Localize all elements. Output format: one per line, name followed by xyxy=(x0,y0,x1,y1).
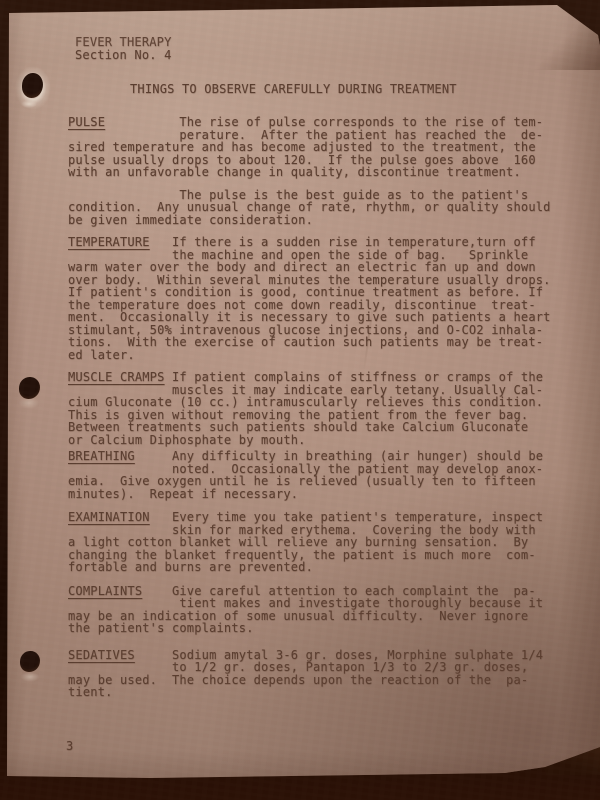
text-line: emia. Give oxygen until he is relieved (… xyxy=(68,475,551,488)
text-line: Between treatments such patients should … xyxy=(68,421,551,434)
section-heading: TEMPERATURE xyxy=(68,235,150,249)
text-line: PULSE The rise of pulse corresponds to t… xyxy=(68,116,551,129)
text-line: MUSCLE CRAMPS If patient complains of st… xyxy=(68,371,551,384)
text-line: tions. With the exercise of caution such… xyxy=(68,336,551,349)
section-heading: PULSE xyxy=(68,115,105,129)
text-line: or Calcium Diphosphate by mouth. xyxy=(68,434,551,447)
header-line-1: FEVER THERAPY xyxy=(75,36,172,49)
page-number: 3 xyxy=(66,740,73,753)
text-line: tient. xyxy=(68,686,551,699)
text-line: BREATHING Any difficulty in breathing (a… xyxy=(68,450,551,463)
text-line: tient makes and investigate thoroughly b… xyxy=(68,597,551,610)
section-breathing: BREATHING Any difficulty in breathing (a… xyxy=(68,450,551,500)
text-line: the patient's complaints. xyxy=(68,622,551,635)
text-line: a light cotton blanket will relieve any … xyxy=(68,536,551,549)
text-line: be given immediate consideration. xyxy=(68,214,551,227)
document-blocks: PULSE The rise of pulse corresponds to t… xyxy=(68,116,551,699)
section-temperature: TEMPERATURE If there is a sudden rise in… xyxy=(68,236,551,361)
text-line: EXAMINATION Every time you take patient'… xyxy=(68,511,551,524)
document-header: FEVER THERAPY Section No. 4 xyxy=(75,36,172,61)
text-line: sired temperature and has become adjuste… xyxy=(68,141,551,154)
paper-sheet: FEVER THERAPY Section No. 4 THINGS TO OB… xyxy=(0,0,600,800)
text-line: fortable and burns are prevented. xyxy=(68,561,551,574)
text-line: condition. Any unusual change of rate, r… xyxy=(68,201,551,214)
text-line: may be used. The choice depends upon the… xyxy=(68,674,551,687)
text-line: If patient's condition is good, continue… xyxy=(68,286,551,299)
text-line: TEMPERATURE If there is a sudden rise in… xyxy=(68,236,551,249)
typewritten-text: FEVER THERAPY Section No. 4 THINGS TO OB… xyxy=(0,0,600,800)
section-muscle-cramps: MUSCLE CRAMPS If patient complains of st… xyxy=(68,371,551,446)
section-heading: EXAMINATION xyxy=(68,510,150,524)
text-line: warm water over the body and direct an e… xyxy=(68,261,551,274)
text-line: cium Gluconate (10 cc.) intramuscularly … xyxy=(68,396,551,409)
section-heading: BREATHING xyxy=(68,449,135,463)
text-line: minutes). Repeat if necessary. xyxy=(68,488,551,501)
text-line: ment. Occasionally it is necessary to gi… xyxy=(68,311,551,324)
section-sedatives: SEDATIVES Sodium amytal 3-6 gr. doses, M… xyxy=(68,649,551,699)
photo-of-typewritten-page: FEVER THERAPY Section No. 4 THINGS TO OB… xyxy=(0,0,600,800)
section-examination: EXAMINATION Every time you take patient'… xyxy=(68,511,551,574)
header-line-2: Section No. 4 xyxy=(75,49,172,62)
text-line: to 1/2 gr. doses, Pantapon 1/3 to 2/3 gr… xyxy=(68,661,551,674)
section-complaints: COMPLAINTS Give careful attention to eac… xyxy=(68,585,551,635)
text-line: with an unfavorable change in quality, d… xyxy=(68,166,551,179)
section-heading: MUSCLE CRAMPS xyxy=(68,370,165,384)
text-line: ed later. xyxy=(68,349,551,362)
page-title: THINGS TO OBSERVE CAREFULLY DURING TREAT… xyxy=(130,83,457,96)
section-pulse: PULSE The rise of pulse corresponds to t… xyxy=(68,116,551,179)
paragraph: The pulse is the best guide as to the pa… xyxy=(68,189,551,227)
